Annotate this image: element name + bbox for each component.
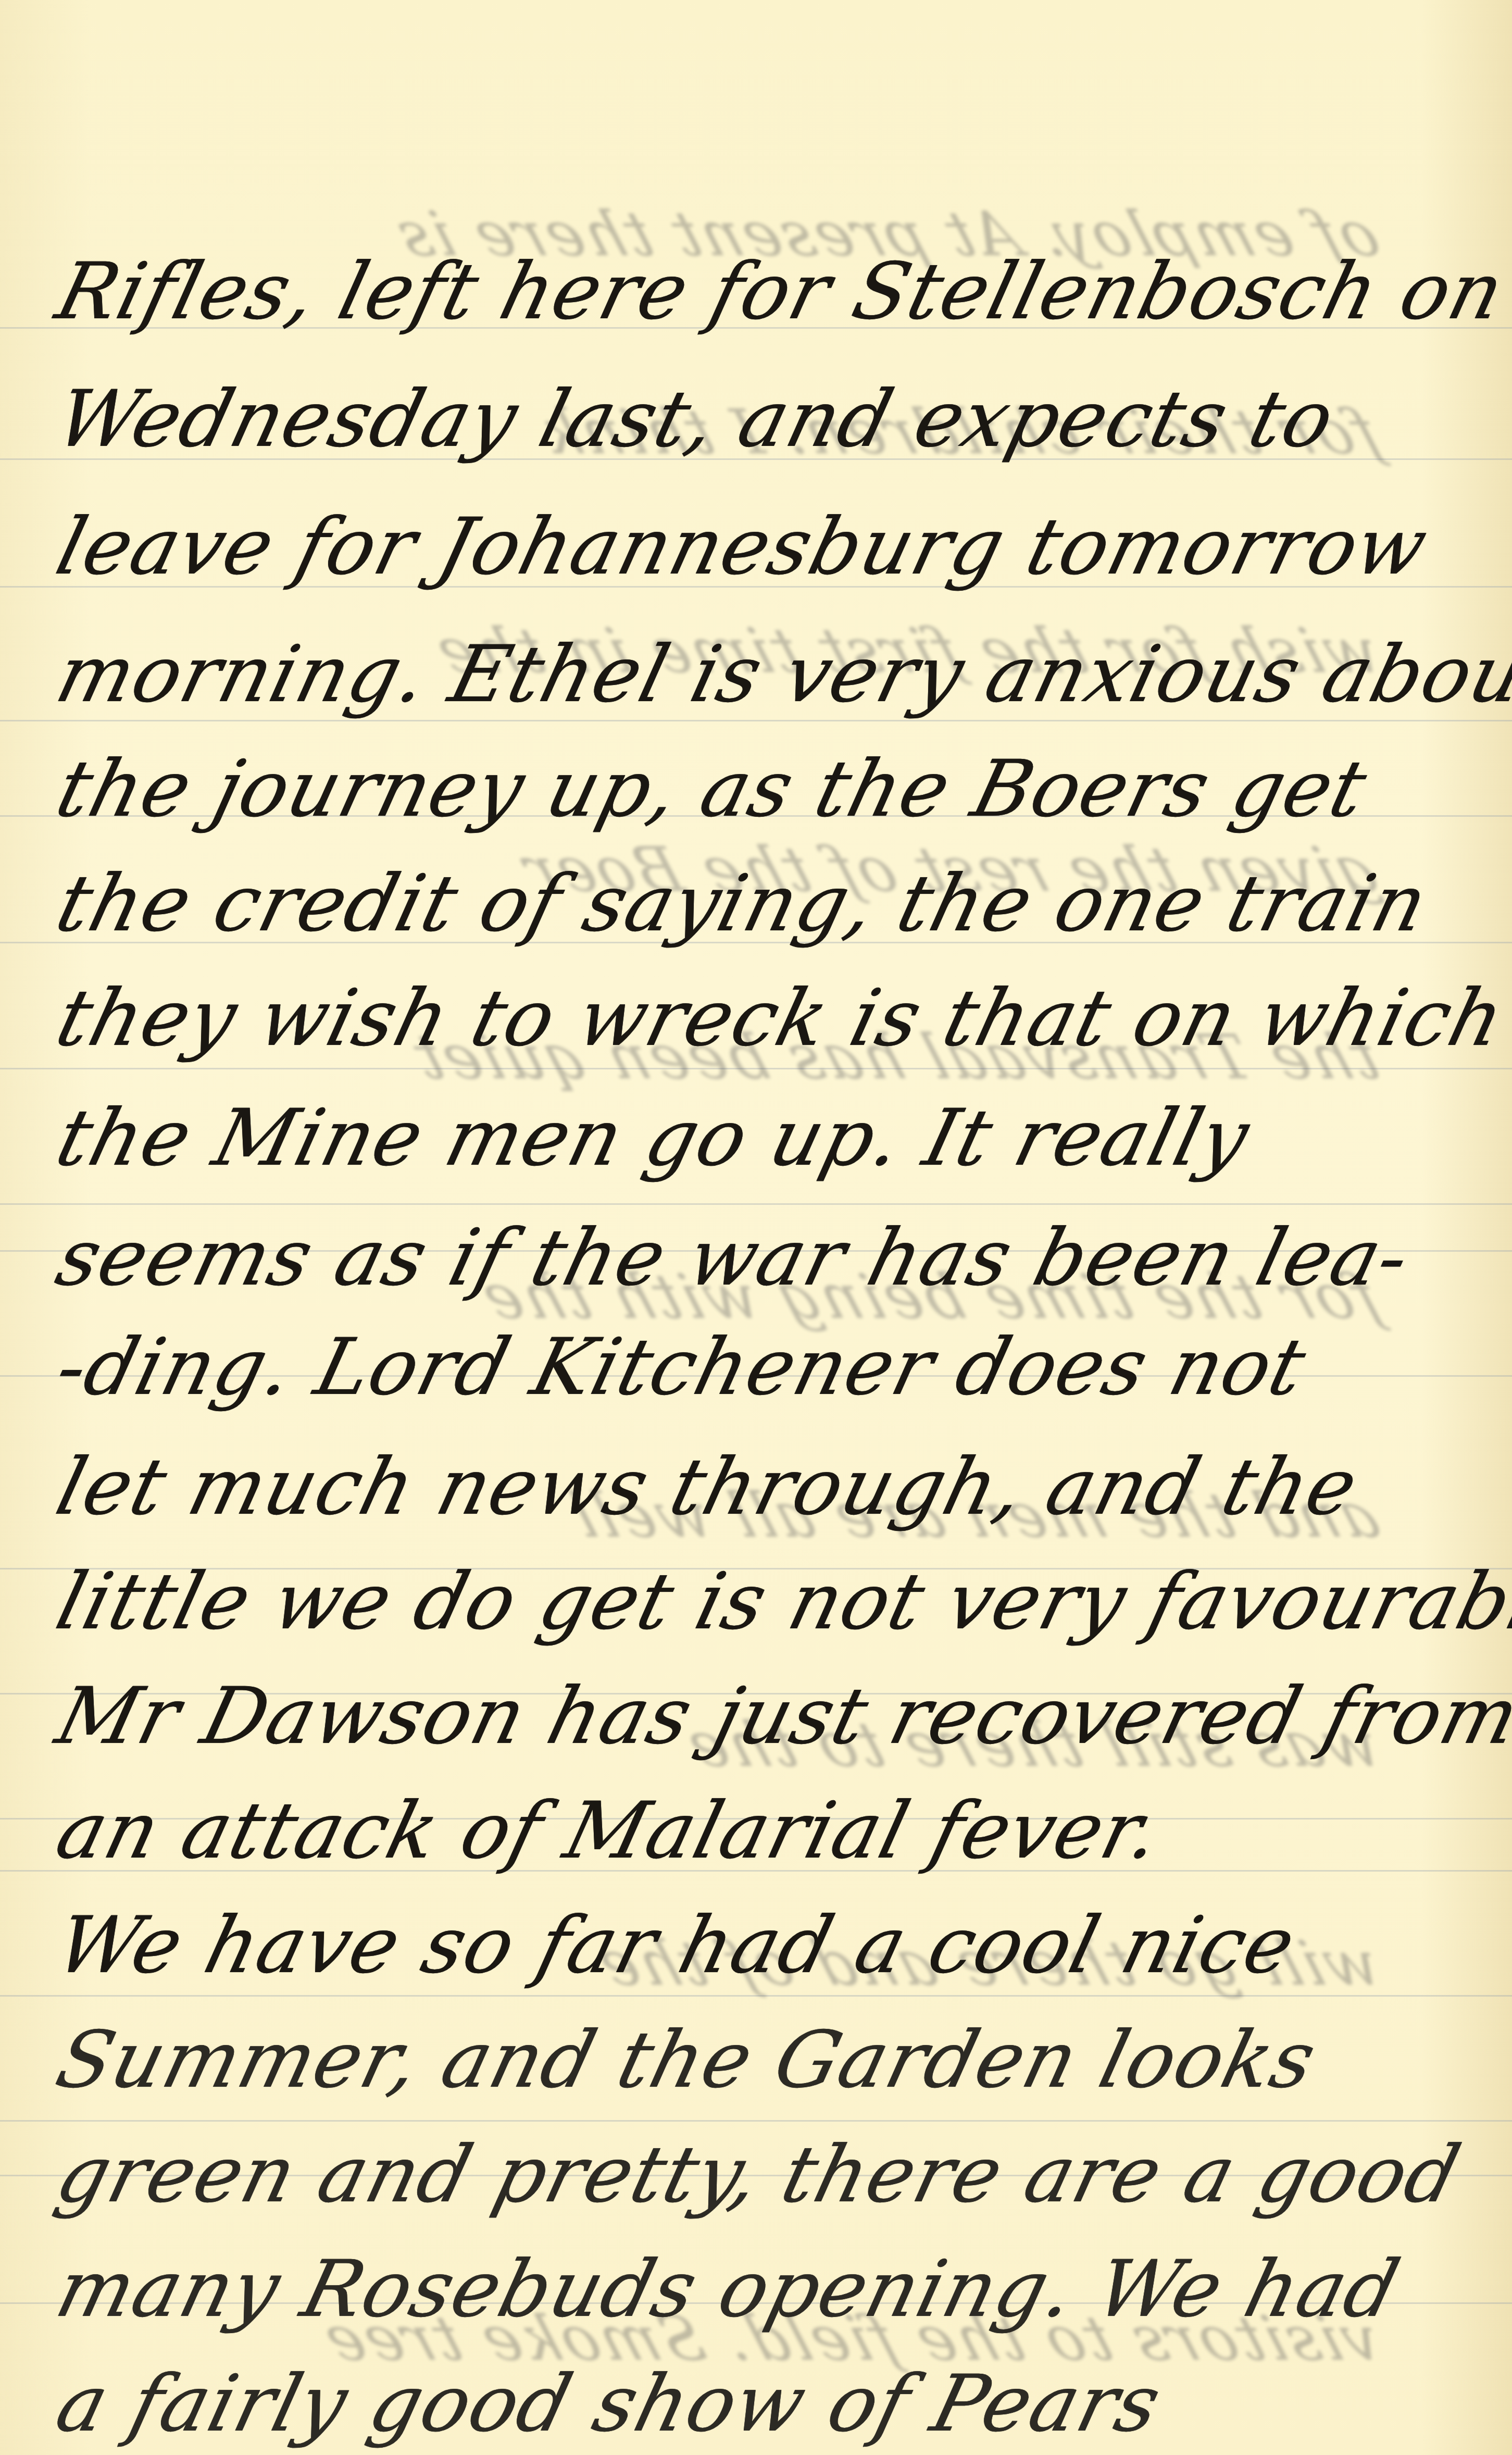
letter-line: an attack of Malarial fever.	[49, 1792, 1485, 1870]
letter-line: morning. Ethel is very anxious about	[49, 635, 1485, 714]
letter-line: Mr Dawson has just recovered from	[49, 1677, 1485, 1755]
letter-line: leave for Johannesburg tomorrow	[49, 508, 1485, 586]
letter-body: Rifles, left here for Stellenbosch on We…	[0, 0, 1512, 2455]
letter-line: Summer, and the Garden looks	[49, 2021, 1485, 2099]
letter-line: many Rosebuds opening. We had	[49, 2250, 1485, 2328]
letter-line: they wish to wreck is that on which	[49, 979, 1485, 1057]
letter-line: -ding. Lord Kitchener does not	[49, 1328, 1485, 1406]
letter-line: seems as if the war has been lea-	[49, 1219, 1485, 1297]
letter-line: Wednesday last, and expects to	[49, 380, 1485, 458]
letter-line: little we do get is not very favourable.	[49, 1563, 1485, 1641]
letter-line: a fairly good show of Pears	[49, 2365, 1485, 2443]
letter-line: the Mine men go up. It really	[49, 1099, 1485, 1177]
letter-line: the journey up, as the Boers get	[49, 750, 1485, 828]
letter-line: green and pretty, there are a good	[49, 2136, 1485, 2214]
letter-line: let much news through, and the	[49, 1448, 1485, 1526]
letter-line: Rifles, left here for Stellenbosch on	[49, 253, 1485, 331]
letter-line: the credit of saying, the one train	[49, 865, 1485, 943]
letter-line: We have so far had a cool nice	[49, 1906, 1485, 1985]
